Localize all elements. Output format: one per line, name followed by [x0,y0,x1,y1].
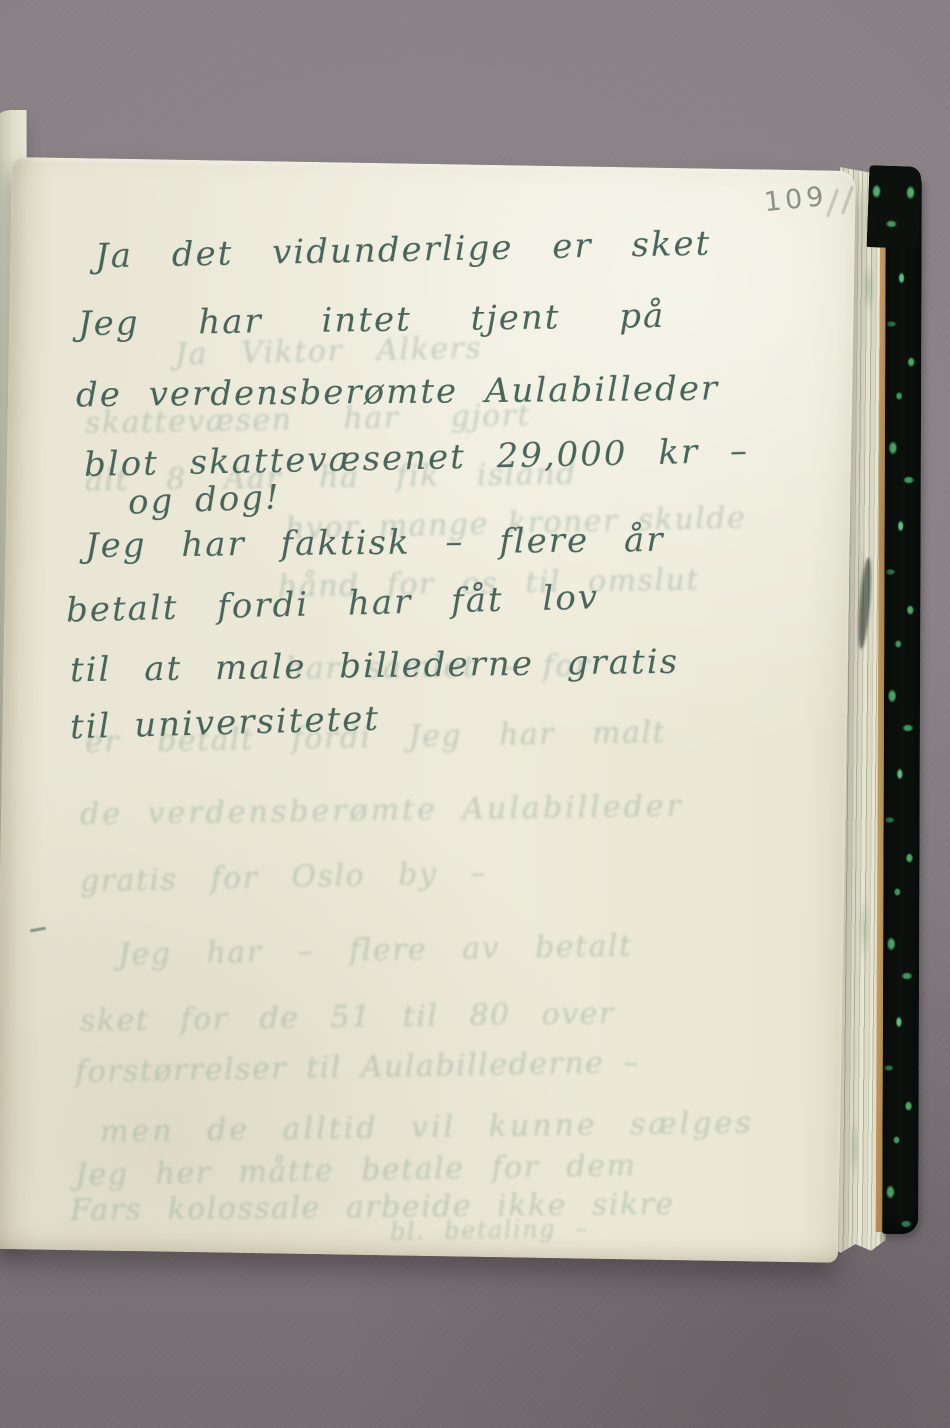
handwriting-line: til at male billederne gratis [70,642,680,690]
ghost-line: gratis for Oslo by – [80,856,488,900]
ghost-line: men de alltid vil kunne sælges [100,1105,754,1149]
ghost-line: Jeg her måtte betale for dem [75,1148,637,1193]
handwriting-line: Ja det vidunderlige er sket [95,224,712,277]
stray-ink-dash [30,927,46,933]
handwriting-line: Jeg har faktisk – flere år [85,520,665,566]
ghost-line: forstørrelser til Aulabillederne – [75,1045,641,1090]
handwriting-line: betalt fordi har fåt lov [66,577,600,630]
handwriting-layer: Ja Viktor Alkers skattevæsen har gjort a… [0,0,950,1428]
ghost-line: Jeg har – flere av betalt [118,929,633,973]
pencil-stray-mark [841,185,854,214]
handwriting-line: Jeg har intet tjent på [78,296,666,344]
page-number: 109 [763,181,829,218]
ghost-line: bl. betaling – [390,1214,589,1245]
ghost-line: de verdensberømte Aulabilleder [80,789,684,832]
handwriting-line: og dog! [127,477,281,522]
handwriting-line: de verdensberømte Aulabilleder [76,369,720,416]
ghost-line: sket for de 51 til 80 over [80,996,615,1038]
notebook-photograph: Ja Viktor Alkers skattevæsen har gjort a… [0,0,950,1428]
